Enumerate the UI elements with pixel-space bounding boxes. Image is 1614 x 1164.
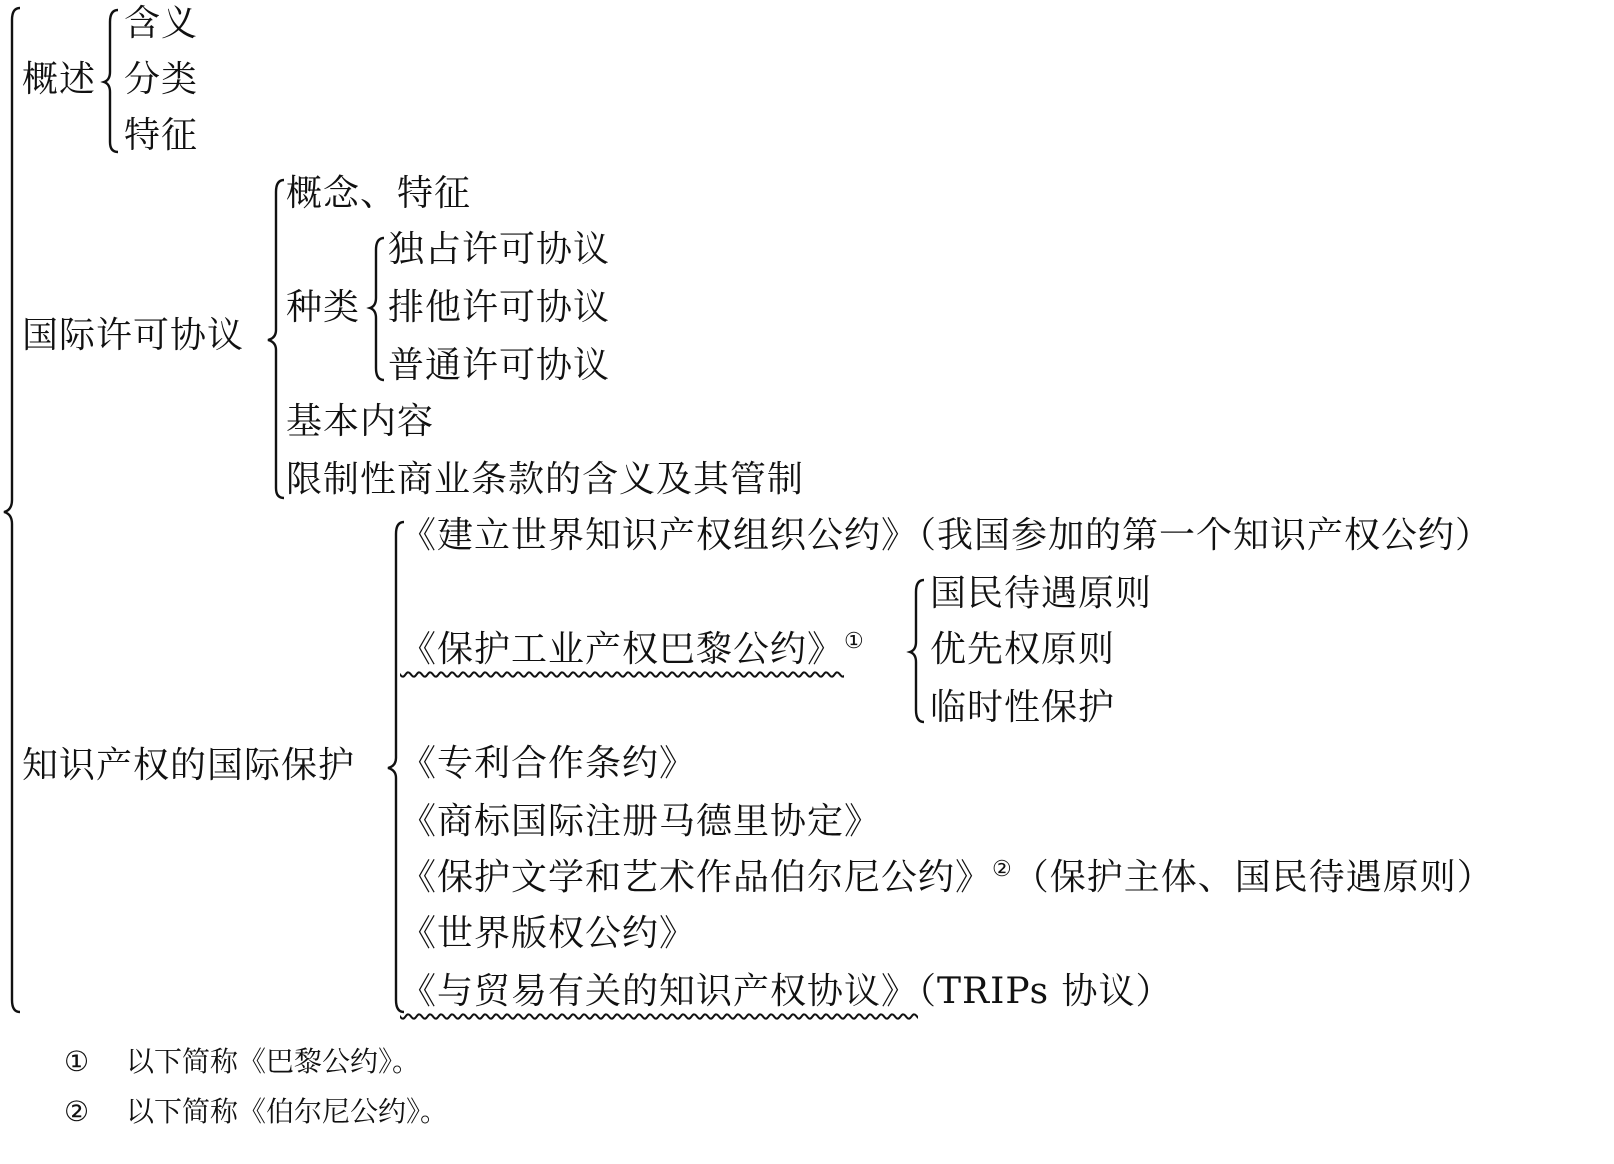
treaty-title: 《保护工业产权巴黎公约》: [400, 629, 844, 670]
treaty-paris-convention: 《保护工业产权巴黎公约》①: [400, 630, 865, 670]
license-brace: [268, 180, 284, 498]
footnote-ref-2[interactable]: ②: [992, 857, 1013, 882]
overview-item-classification: 分类: [124, 60, 198, 100]
overview-item-meaning: 含义: [124, 4, 198, 44]
footnote-ref-1[interactable]: ①: [844, 629, 865, 654]
overview-brace: [104, 10, 118, 152]
treaty-note: （我国参加的第一个知识产权公约）: [918, 515, 1492, 556]
footnote-1: ①以下简称《巴黎公约》。: [64, 1046, 420, 1078]
license-type-sole: 排他许可协议: [388, 288, 610, 328]
license-item-restrictive-clauses: 限制性商业条款的含义及其管制: [286, 460, 804, 500]
section-ip-protection: 知识产权的国际保护: [22, 746, 355, 786]
section-license-agreement: 国际许可协议: [22, 316, 244, 356]
treaty-berne-convention: 《保护文学和艺术作品伯尔尼公约》②（保护主体、国民待遇原则）: [400, 858, 1494, 898]
paris-principle-national-treatment: 国民待遇原则: [930, 574, 1152, 614]
license-type-simple: 普通许可协议: [388, 346, 610, 386]
treaty-title: 《与贸易有关的知识产权协议》: [400, 971, 918, 1012]
footnote-2: ②以下简称《伯尔尼公约》。: [64, 1096, 448, 1128]
license-type-exclusive: 独占许可协议: [388, 230, 610, 270]
paris-principle-priority: 优先权原则: [930, 630, 1115, 670]
paris-principle-temporary-protection: 临时性保护: [930, 688, 1115, 728]
treaty-pct: 《专利合作条约》: [400, 744, 696, 784]
treaty-trips: 《与贸易有关的知识产权协议》（TRIPs 协议）: [400, 972, 1173, 1012]
paris-brace: [910, 580, 924, 722]
overview-item-features: 特征: [124, 116, 198, 156]
treaty-title: 《保护文学和艺术作品伯尔尼公约》: [400, 857, 992, 898]
treaty-note: （TRIPs 协议）: [918, 971, 1173, 1012]
treaty-madrid-agreement: 《商标国际注册马德里协定》: [400, 802, 881, 842]
outer-brace: [4, 8, 20, 1012]
license-item-concept: 概念、特征: [286, 174, 471, 214]
footnote-text: 以下简称《伯尔尼公约》。: [126, 1095, 448, 1128]
treaty-title: 《建立世界知识产权组织公约》: [400, 515, 918, 556]
section-overview: 概述: [22, 60, 96, 100]
license-item-types: 种类: [286, 288, 360, 328]
types-brace: [370, 238, 384, 380]
treaty-wipo-convention: 《建立世界知识产权组织公约》（我国参加的第一个知识产权公约）: [400, 516, 1492, 556]
footnote-marker: ②: [64, 1096, 126, 1128]
footnote-marker: ①: [64, 1046, 126, 1078]
footnote-text: 以下简称《巴黎公约》。: [126, 1045, 420, 1078]
treaty-note: （保护主体、国民待遇原则）: [1013, 857, 1494, 898]
treaty-ucc: 《世界版权公约》: [400, 914, 696, 954]
license-item-basic-content: 基本内容: [286, 402, 434, 442]
